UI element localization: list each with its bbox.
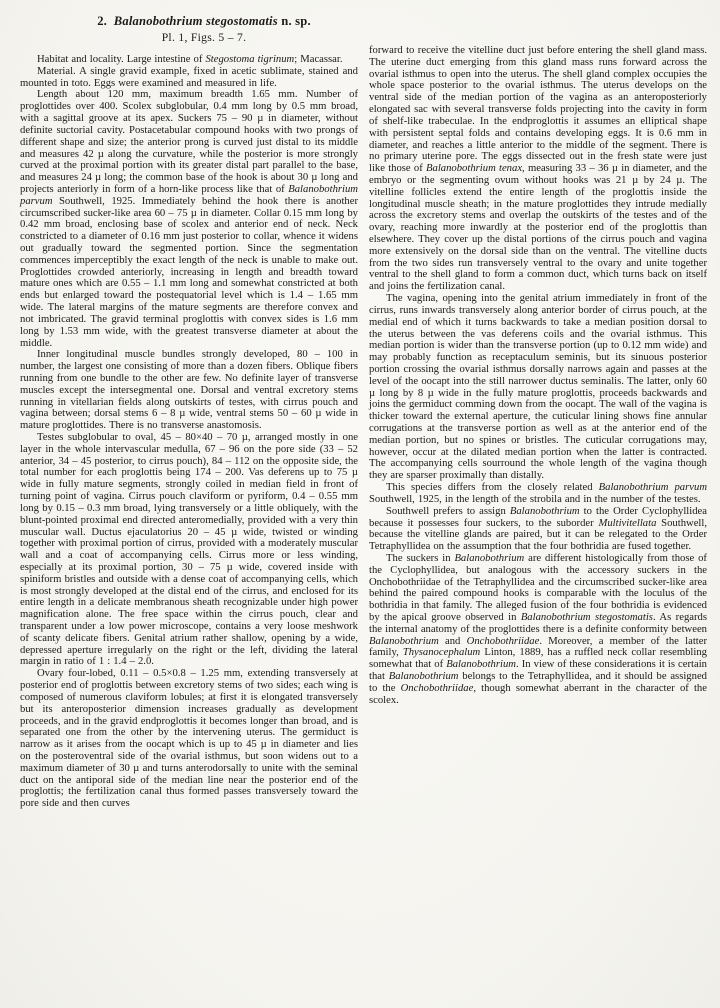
plate-reference: Pl. 1, Figs. 5 – 7. <box>50 31 358 45</box>
paragraph: Ovary four-lobed, 0.11 – 0.5×0.8 – 1.25 … <box>20 668 358 810</box>
two-column-layout: 2. Balanobothrium stegostomatis n. sp. P… <box>20 12 708 810</box>
paragraph: Southwell prefers to assign Balanobothri… <box>369 506 707 553</box>
right-column-text: forward to receive the vitelline duct ju… <box>369 45 707 707</box>
paragraph: This species differs from the closely re… <box>369 482 707 506</box>
paragraph: Habitat and locality. Large intestine of… <box>20 54 358 66</box>
paragraph: Material. A single gravid example, fixed… <box>20 66 358 90</box>
section-title: 2. Balanobothrium stegostomatis n. sp. <box>50 14 358 29</box>
section-number: 2. <box>97 14 107 28</box>
left-column-text: Habitat and locality. Large intestine of… <box>20 54 358 810</box>
paragraph: The suckers in Balanobothrium are differ… <box>369 553 707 707</box>
species-name: Balanobothrium stegostomatis <box>114 14 278 28</box>
right-column: forward to receive the vitelline duct ju… <box>369 12 707 810</box>
species-rank: n. sp. <box>281 14 311 28</box>
paragraph: Inner longitudinal muscle bundles strong… <box>20 349 358 432</box>
paragraph: Testes subglobular to oval, 45 – 80×40 –… <box>20 432 358 668</box>
paragraph: The vagina, opening into the genital atr… <box>369 293 707 482</box>
paragraph: Length about 120 mm, maximum breadth 1.6… <box>20 89 358 349</box>
paragraph: forward to receive the vitelline duct ju… <box>369 45 707 293</box>
left-column: 2. Balanobothrium stegostomatis n. sp. P… <box>20 12 358 810</box>
paper-page: 2. Balanobothrium stegostomatis n. sp. P… <box>0 0 720 1008</box>
section-heading: 2. Balanobothrium stegostomatis n. sp. P… <box>50 14 358 45</box>
